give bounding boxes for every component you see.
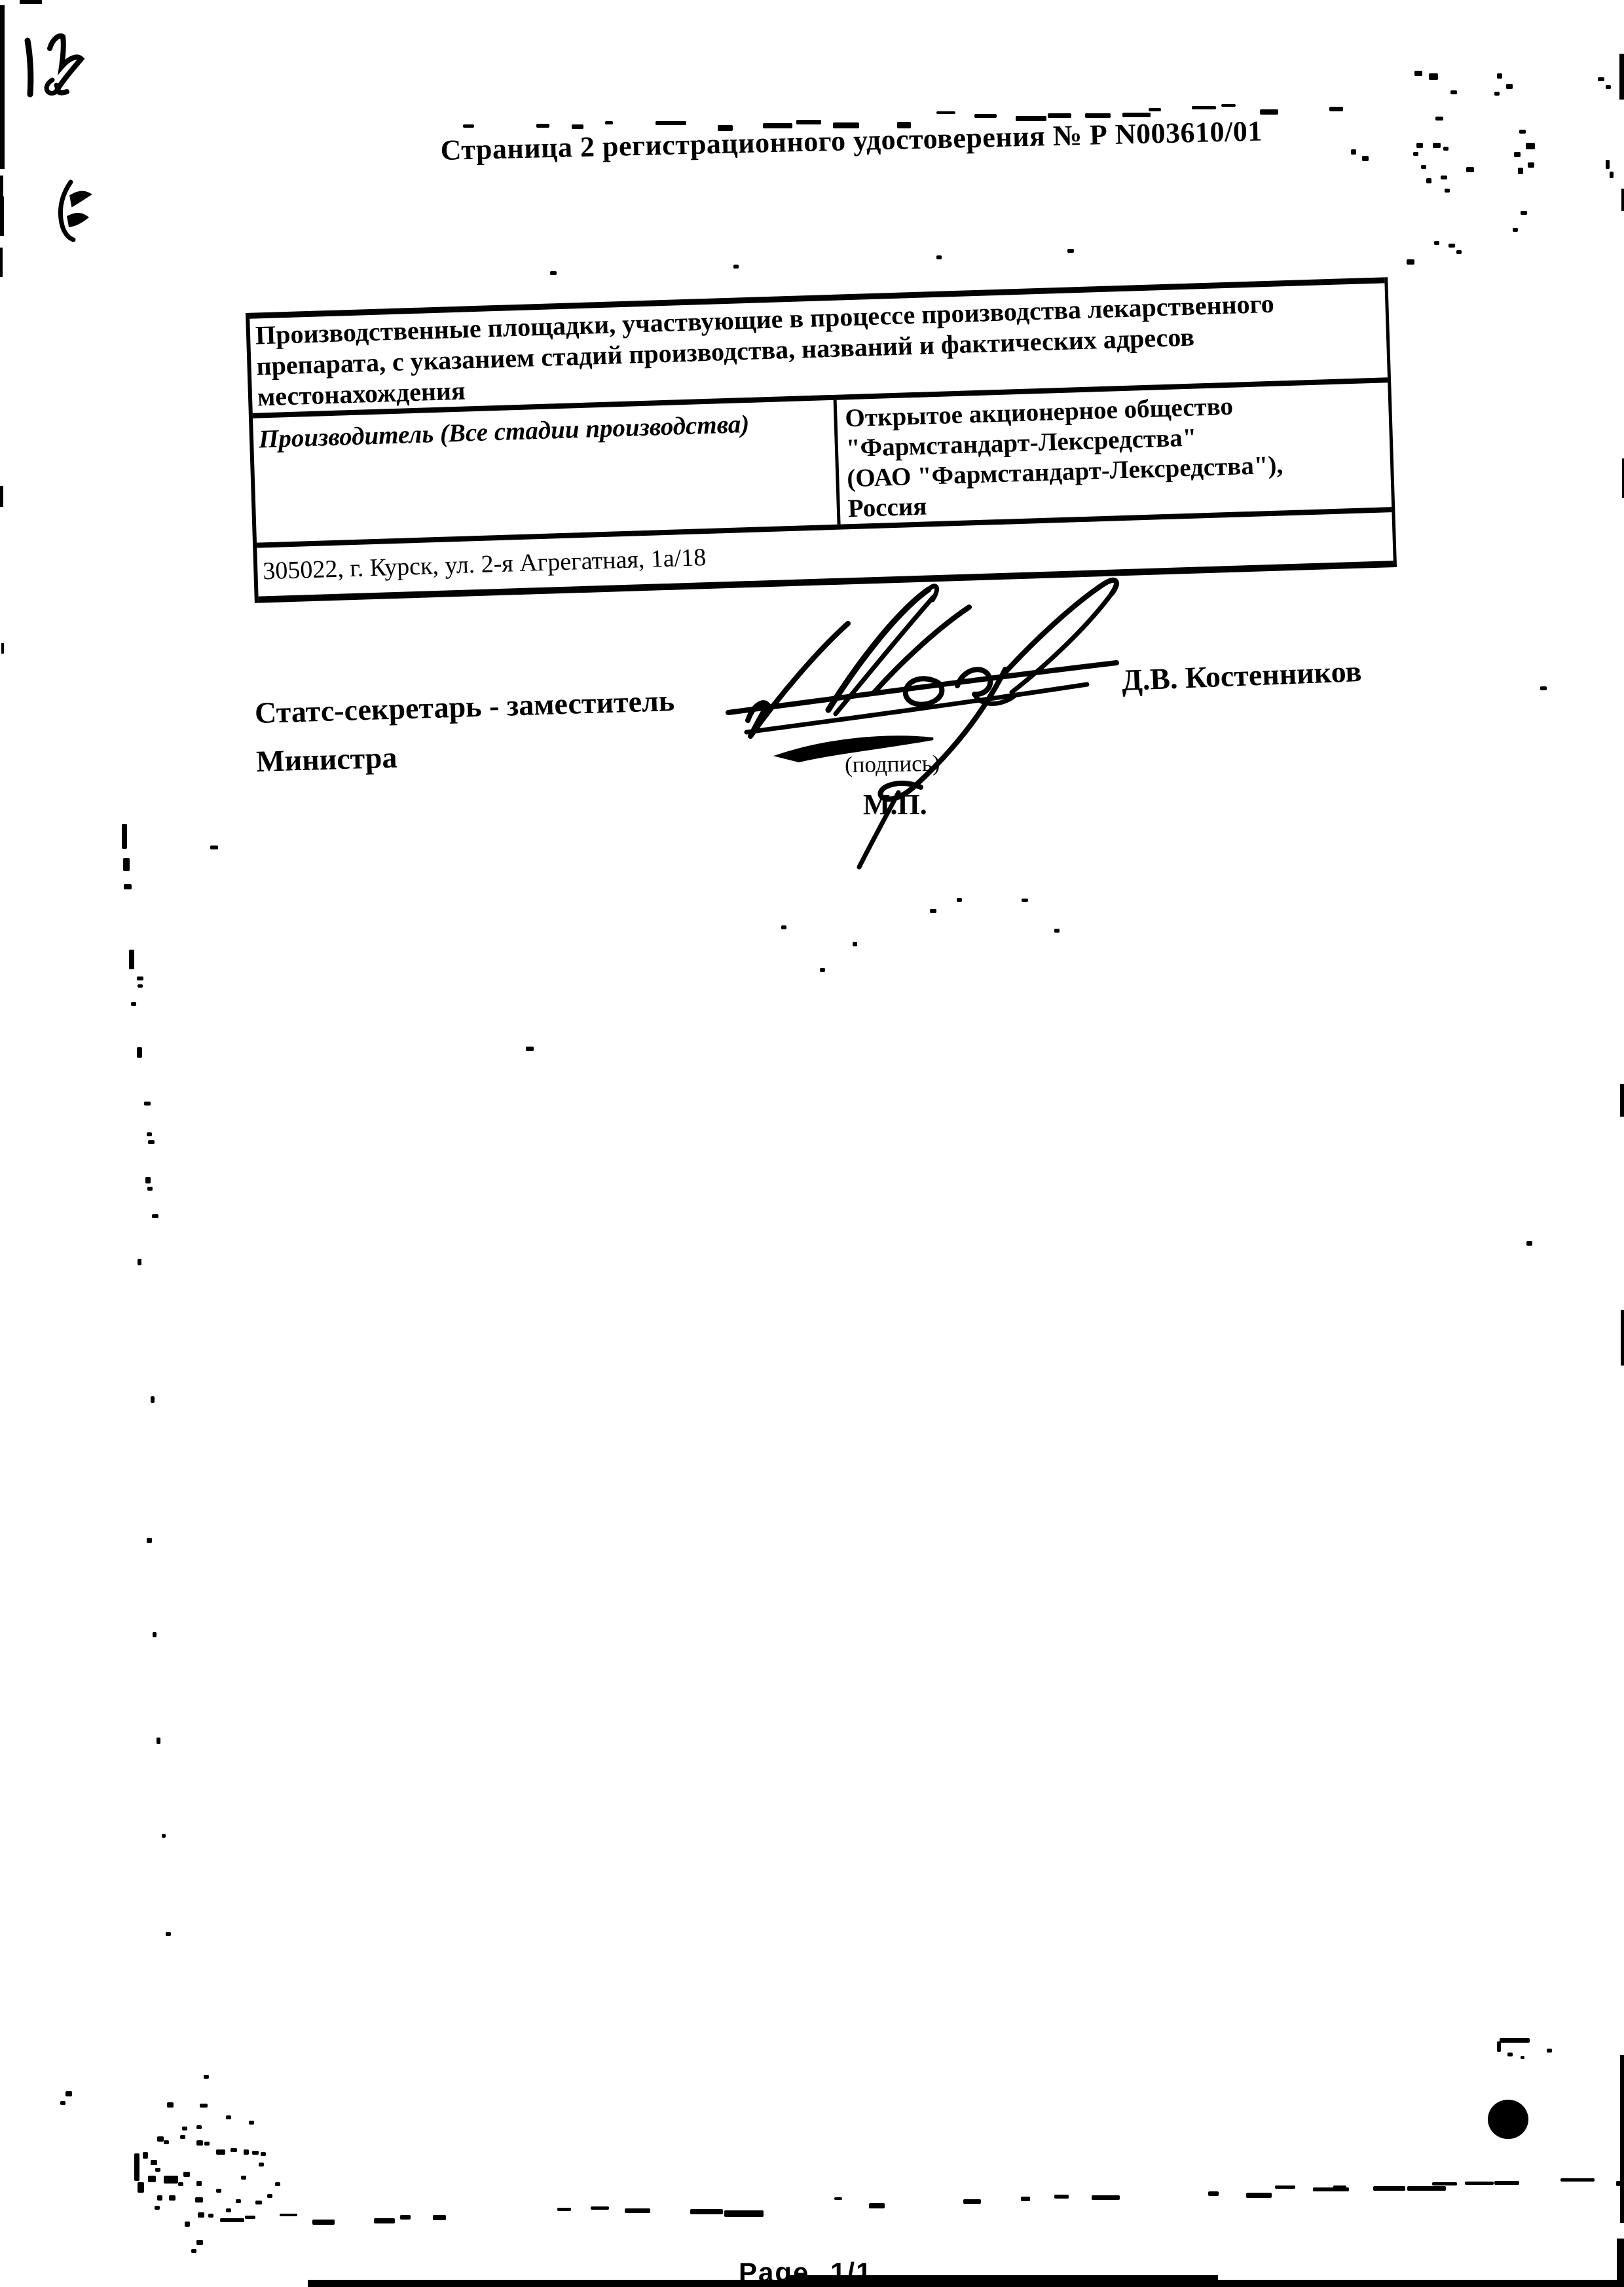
scan-speck [433, 2215, 446, 2220]
scan-speck [122, 824, 127, 849]
scan-speck [400, 2215, 411, 2220]
scan-speck [183, 2172, 190, 2177]
scan-speck [280, 2214, 297, 2216]
scan-speck [196, 2140, 203, 2146]
scan-speck [1610, 172, 1614, 178]
scan-speck [208, 2214, 213, 2218]
scan-speck [134, 2153, 139, 2181]
scan-speck [147, 1187, 153, 1191]
scan-speck [148, 1140, 155, 1144]
scan-speck [20, 0, 42, 4]
scan-speck [1606, 160, 1610, 169]
scan-speck [1449, 244, 1455, 248]
scan-speck [1443, 147, 1449, 151]
scan-speck [182, 2127, 187, 2130]
scan-speck [1617, 2239, 1624, 2287]
scan-speck [1313, 2187, 1349, 2191]
scan-speck [244, 2149, 249, 2155]
scan-speck [1518, 168, 1523, 174]
scan-speck [796, 120, 821, 124]
scan-speck [204, 2142, 210, 2146]
scan-speck [259, 2163, 264, 2166]
scan-speck [1494, 92, 1500, 96]
signature-caption: (подпись) [845, 751, 940, 779]
scan-speck [65, 2091, 72, 2096]
scan-speck [0, 176, 3, 231]
scan-speck [236, 2199, 241, 2203]
scan-speck [1540, 686, 1547, 690]
scan-speck [169, 2195, 175, 2201]
scan-speck [1426, 178, 1431, 183]
scan-speck [145, 1177, 151, 1183]
scan-speck [151, 2160, 157, 2165]
scan-speck [178, 2182, 183, 2186]
scan-speck [249, 2121, 254, 2125]
scan-speck [1513, 228, 1518, 232]
document-page: Страница 2 регистрационного удостоверени… [0, 0, 1624, 2287]
scan-speck [138, 1259, 141, 1265]
scan-speck [1616, 2181, 1624, 2186]
scan-speck [0, 5, 5, 169]
scan-speck [1514, 152, 1521, 157]
scan-speck [124, 884, 132, 889]
scan-speck [1192, 106, 1216, 109]
scan-speck [463, 124, 474, 128]
scan-speck [1519, 130, 1526, 134]
scan-speck [255, 2201, 262, 2204]
scan-speck [1021, 2197, 1030, 2201]
scan-speck [1421, 165, 1426, 169]
scan-speck [834, 2197, 842, 2200]
scan-speck [226, 2208, 231, 2212]
scan-speck [1333, 2185, 1346, 2189]
scan-speck [1208, 2191, 1219, 2196]
scan-speck [195, 2197, 203, 2203]
scan-speck [1275, 2185, 1295, 2189]
scan-speck [137, 976, 143, 980]
scan-speck [185, 2222, 190, 2227]
scan-speck [1497, 2041, 1501, 2052]
scan-speck [853, 942, 857, 946]
scan-speck [1606, 85, 1611, 89]
scan-speck [1450, 90, 1457, 94]
scan-speck [0, 196, 4, 236]
scan-speck [164, 2176, 178, 2184]
scan-speck [936, 255, 942, 259]
producer-value-cell: Открытое акционерное общество "Фармстанд… [834, 382, 1392, 525]
scan-speck [151, 1396, 155, 1403]
scan-speck [1466, 167, 1474, 172]
scan-speck [131, 1002, 136, 1006]
scan-speck [1413, 152, 1418, 156]
scan-speck [157, 1738, 160, 1744]
scan-speck [267, 2194, 272, 2198]
signer-position-title: Статс-секретарь - заместитель Министра [254, 677, 676, 786]
scan-speck [1445, 189, 1450, 193]
scan-speck [123, 858, 130, 871]
scan-speck [1560, 2178, 1595, 2182]
scan-speck [204, 2075, 209, 2079]
scan-speck [1494, 2181, 1519, 2185]
scan-speck [1620, 2055, 1624, 2223]
scan-speck [216, 2189, 221, 2193]
scan-speck [1362, 156, 1369, 161]
scan-speck [196, 2181, 202, 2186]
scan-speck [724, 2210, 764, 2217]
scan-speck [167, 2102, 174, 2108]
scan-speck [147, 1538, 152, 1543]
scan-speck [1260, 109, 1278, 115]
scan-speck [275, 2182, 280, 2186]
producer-label-cell: Производитель (Все стадии производства) [253, 400, 838, 543]
scan-speck [1054, 2195, 1069, 2199]
scan-speck [1456, 250, 1462, 254]
scan-speck [1085, 113, 1111, 118]
scan-speck [1434, 241, 1439, 245]
handwritten-12-mark [16, 29, 88, 107]
scan-speck [164, 2140, 169, 2144]
scan-speck [231, 2148, 237, 2152]
scan-speck [591, 2206, 609, 2210]
scan-speck [157, 2195, 162, 2201]
scan-speck [1432, 2182, 1457, 2185]
scan-speck [1500, 2038, 1530, 2043]
scan-speck [655, 121, 686, 125]
scan-speck [198, 2212, 204, 2218]
scan-speck [1149, 108, 1161, 111]
scan-speck [1407, 2186, 1446, 2191]
scan-speck [1416, 143, 1423, 148]
scan-speck [1067, 249, 1074, 253]
scan-speck [1246, 2193, 1272, 2198]
scan-speck [957, 898, 962, 902]
scan-speck [1329, 107, 1343, 111]
scan-speck [605, 121, 613, 124]
seal-place-label: М.П. [863, 788, 927, 821]
scan-speck [0, 486, 3, 507]
scan-speck [1621, 1310, 1624, 1366]
scan-speck [963, 2199, 981, 2204]
scan-speck [733, 265, 739, 269]
scan-speck [1526, 143, 1535, 149]
scan-speck [216, 2149, 225, 2155]
scan-speck [690, 2209, 723, 2214]
scan-speck [526, 1047, 534, 1051]
scan-speck [138, 984, 143, 988]
scan-speck [196, 2240, 203, 2245]
scan-speck [1521, 2056, 1524, 2059]
scan-speck [625, 2208, 650, 2213]
scan-speck [162, 1834, 166, 1838]
production-sites-table: Производственные площадки, участвующие в… [246, 277, 1397, 603]
page-title: Страница 2 регистрационного удостоверени… [440, 114, 1263, 167]
scan-speck [226, 2115, 231, 2119]
scan-speck [1022, 899, 1028, 902]
scan-speck [1441, 176, 1447, 179]
signature-scribble [707, 571, 1126, 879]
scan-speck [261, 2152, 266, 2156]
scan-speck [245, 2216, 255, 2219]
scan-speck [148, 2176, 156, 2182]
scan-dot-artifact [1488, 2100, 1528, 2139]
scan-speck [374, 2218, 395, 2223]
scan-speck [1221, 104, 1236, 107]
scan-speck [191, 2249, 196, 2253]
scan-speck [157, 2136, 164, 2142]
handwritten-bracket-mark [50, 177, 96, 242]
scan-speck [1351, 149, 1356, 155]
scan-speck [210, 846, 218, 849]
scan-speck [936, 111, 955, 114]
scan-speck [1619, 54, 1624, 100]
footer-page-label: Page 1/1 [739, 2257, 872, 2287]
scan-speck [1547, 2049, 1552, 2053]
scan-speck [1465, 2182, 1494, 2185]
scan-speck [1526, 1241, 1532, 1246]
scan-speck [153, 1632, 157, 1637]
scan-speck [781, 925, 786, 929]
scan-speck [241, 2176, 246, 2180]
scan-speck [147, 1132, 152, 1136]
scan-speck [1, 643, 4, 654]
scan-speck [1414, 71, 1422, 76]
scan-speck [155, 2168, 160, 2172]
scan-speck [536, 124, 549, 128]
scan-speck [1429, 73, 1438, 80]
scan-speck [1433, 143, 1441, 148]
scan-speck [1373, 2186, 1405, 2191]
scan-speck [144, 1102, 151, 1106]
scan-speck [143, 2152, 148, 2159]
scan-speck [1497, 73, 1502, 79]
scan-speck [1407, 259, 1414, 265]
scan-speck [138, 2182, 144, 2193]
scan-speck [1054, 929, 1060, 933]
scan-speck [550, 271, 557, 275]
scan-speck [0, 248, 3, 277]
scan-speck [1506, 84, 1513, 89]
scan-speck [1528, 162, 1534, 168]
scan-speck [308, 2280, 1624, 2287]
scan-speck [166, 1932, 171, 1936]
scan-speck [1598, 77, 1604, 81]
scan-speck [129, 950, 134, 969]
scan-speck [1620, 1084, 1624, 1117]
scan-speck [252, 2151, 259, 2155]
scan-speck [137, 1047, 142, 1058]
scan-speck [869, 2203, 885, 2208]
scan-speck [1092, 2195, 1120, 2200]
signer-name: Д.В. Костенников [1121, 654, 1362, 697]
scan-speck [180, 2135, 185, 2139]
scan-speck [1507, 2053, 1513, 2056]
scan-speck [974, 114, 997, 118]
scan-speck [312, 2220, 335, 2225]
scan-speck [1435, 117, 1443, 121]
scan-speck [1521, 211, 1527, 215]
scan-speck [152, 1214, 158, 1218]
scan-speck [200, 2104, 208, 2108]
scan-speck [60, 2101, 65, 2105]
scan-speck [572, 124, 583, 129]
scan-speck [557, 2208, 571, 2211]
scan-speck [930, 909, 936, 913]
scan-speck [820, 968, 825, 972]
scan-speck [1048, 113, 1071, 118]
scan-speck [1621, 189, 1624, 211]
scan-speck [155, 2206, 160, 2210]
scan-speck [196, 2125, 202, 2129]
scan-speck [220, 2218, 244, 2222]
